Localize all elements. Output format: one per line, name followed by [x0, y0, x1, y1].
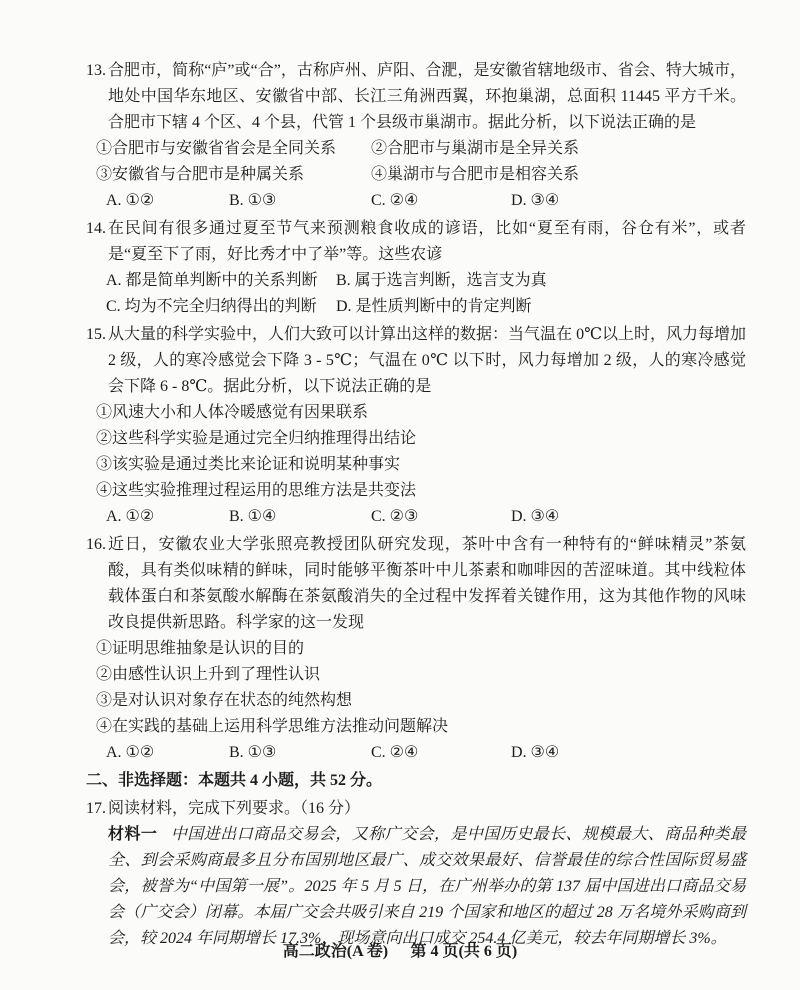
question-16-choices: A. ①② B. ①③ C. ②④ D. ③④ [86, 740, 746, 766]
question-16: 16. 近日，安徽农业大学张照亮教授团队研究发现，茶叶中含有一种特有的“鲜味精灵… [86, 532, 746, 766]
question-17-number: 17. [86, 796, 106, 822]
question-16-choice-a: A. ①② [106, 740, 229, 766]
question-16-choice-d: D. ③④ [511, 740, 746, 766]
exam-page: 13. 合肥市，简称“庐”或“合”，古称庐州、庐阳、合淝，是安徽省辖地级市、省会… [0, 0, 800, 990]
question-16-option-1: ①证明思维抽象是认识的目的 [86, 636, 746, 662]
question-16-choice-c: C. ②④ [371, 740, 511, 766]
question-13-option-3: ③安徽省与合肥市是种属关系 [96, 162, 371, 188]
question-13-option-2: ②合肥市与巢湖市是全异关系 [371, 136, 746, 162]
question-15-option-1: ①风速大小和人体冷暖感觉有因果联系 [86, 400, 746, 426]
footer-exam-title: 高二政治(A 卷) [283, 943, 388, 960]
question-16-option-4: ④在实践的基础上运用科学思维方法推动问题解决 [86, 714, 746, 740]
question-17-stem-block: 17. 阅读材料，完成下列要求。（16 分） [86, 796, 746, 822]
question-15-choice-c: C. ②③ [371, 504, 511, 530]
question-14-choice-d: D. 是性质判断中的肯定判断 [336, 294, 746, 320]
question-14-choice-a: A. 都是简单判断中的关系判断 [106, 268, 336, 294]
question-15-stem-block: 15. 从大量的科学实验中，人们大致可以计算出这样的数据：当气温在 0℃以上时，… [86, 322, 746, 400]
question-14-choice-c: C. 均为不完全归纳得出的判断 [106, 294, 336, 320]
material-1-text: 中国进出口商品交易会，又称广交会，是中国历史最长、规模最大、商品种类最全、到会采… [108, 826, 746, 947]
question-17: 17. 阅读材料，完成下列要求。（16 分） 材料一中国进出口商品交易会，又称广… [86, 796, 746, 952]
question-16-option-3: ③是对认识对象存在状态的纯然构想 [86, 688, 746, 714]
question-13-choice-c: C. ②④ [371, 188, 511, 214]
question-13-choices: A. ①② B. ①③ C. ②④ D. ③④ [86, 188, 746, 214]
question-17-material-1: 材料一中国进出口商品交易会，又称广交会，是中国历史最长、规模最大、商品种类最全、… [86, 822, 746, 952]
question-14: 14. 在民间有很多通过夏至节气来预测粮食收成的谚语，比如“夏至有雨，谷仓有米”… [86, 216, 746, 320]
question-15-choice-a: A. ①② [106, 504, 229, 530]
question-13-stem: 合肥市，简称“庐”或“合”，古称庐州、庐阳、合淝，是安徽省辖地级市、省会、特大城… [108, 62, 746, 131]
question-16-number: 16. [86, 532, 106, 558]
question-16-stem-block: 16. 近日，安徽农业大学张照亮教授团队研究发现，茶叶中含有一种特有的“鲜味精灵… [86, 532, 746, 636]
question-15-option-4: ④这些实验推理过程运用的思维方法是共变法 [86, 478, 746, 504]
question-13-options-row-1: ①合肥市与安徽省省会是全同关系 ②合肥市与巢湖市是全异关系 [86, 136, 746, 162]
question-13-number: 13. [86, 58, 106, 84]
question-15-choice-b: B. ①④ [229, 504, 371, 530]
question-14-choices-row-2: C. 均为不完全归纳得出的判断 D. 是性质判断中的肯定判断 [86, 294, 746, 320]
question-14-choices-row-1: A. 都是简单判断中的关系判断 B. 属于选言判断，选言支为真 [86, 268, 746, 294]
question-16-stem: 近日，安徽农业大学张照亮教授团队研究发现，茶叶中含有一种特有的“鲜味精灵”茶氨酸… [108, 536, 746, 631]
question-13-option-4: ④巢湖市与合肥市是相容关系 [371, 162, 746, 188]
question-15-choices: A. ①② B. ①④ C. ②③ D. ③④ [86, 504, 746, 530]
question-13-stem-block: 13. 合肥市，简称“庐”或“合”，古称庐州、庐阳、合淝，是安徽省辖地级市、省会… [86, 58, 746, 136]
question-15-option-3: ③该实验是通过类比来论证和说明某种事实 [86, 452, 746, 478]
question-14-stem: 在民间有很多通过夏至节气来预测粮食收成的谚语，比如“夏至有雨，谷仓有米”，或者是… [108, 220, 746, 263]
question-15-number: 15. [86, 322, 106, 348]
question-17-stem: 阅读材料，完成下列要求。（16 分） [108, 800, 360, 817]
question-13-options-row-2: ③安徽省与合肥市是种属关系 ④巢湖市与合肥市是相容关系 [86, 162, 746, 188]
page-footer: 高二政治(A 卷)第 4 页(共 6 页) [0, 939, 800, 965]
question-15-choice-d: D. ③④ [511, 504, 746, 530]
question-13-choice-a: A. ①② [106, 188, 229, 214]
section-2-header: 二、非选择题：本题共 4 小题，共 52 分。 [86, 768, 746, 794]
question-14-number: 14. [86, 216, 106, 242]
question-14-stem-block: 14. 在民间有很多通过夏至节气来预测粮食收成的谚语，比如“夏至有雨，谷仓有米”… [86, 216, 746, 268]
footer-page-number: 第 4 页(共 6 页) [411, 943, 518, 960]
question-13-choice-b: B. ①③ [229, 188, 371, 214]
exam-content: 13. 合肥市，简称“庐”或“合”，古称庐州、庐阳、合淝，是安徽省辖地级市、省会… [86, 58, 746, 952]
question-13: 13. 合肥市，简称“庐”或“合”，古称庐州、庐阳、合淝，是安徽省辖地级市、省会… [86, 58, 746, 214]
question-16-choice-b: B. ①③ [229, 740, 371, 766]
question-15-option-2: ②这些科学实验是通过完全归纳推理得出结论 [86, 426, 746, 452]
question-15-stem: 从大量的科学实验中，人们大致可以计算出这样的数据：当气温在 0℃以上时，风力每增… [108, 326, 746, 395]
question-15: 15. 从大量的科学实验中，人们大致可以计算出这样的数据：当气温在 0℃以上时，… [86, 322, 746, 530]
material-1-label: 材料一 [108, 826, 157, 843]
question-14-choice-b: B. 属于选言判断，选言支为真 [336, 268, 746, 294]
question-13-option-1: ①合肥市与安徽省省会是全同关系 [96, 136, 371, 162]
question-16-option-2: ②由感性认识上升到了理性认识 [86, 662, 746, 688]
question-13-choice-d: D. ③④ [511, 188, 746, 214]
